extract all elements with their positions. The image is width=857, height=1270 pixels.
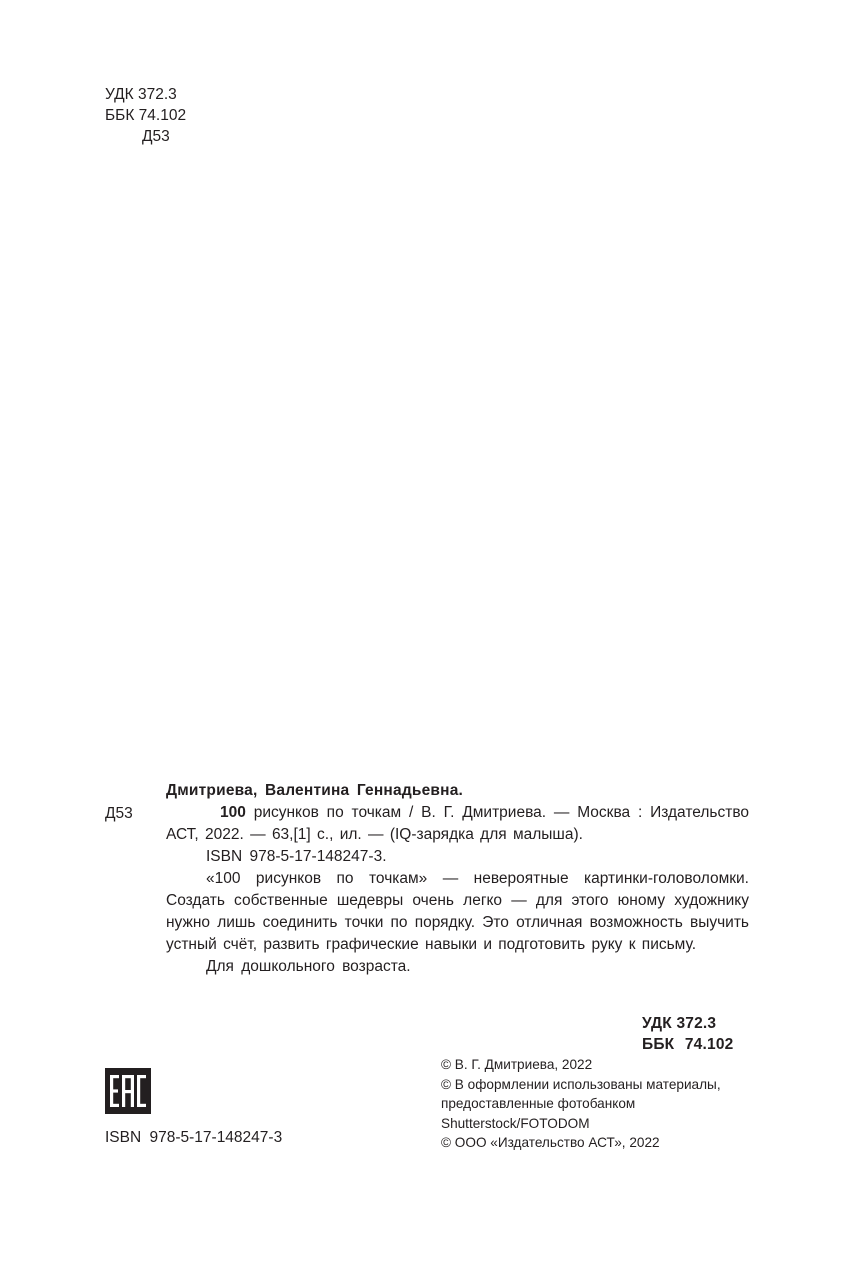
record-cutter-number: Д53 [105,803,133,825]
copyright-publisher: © ООО «Издательство АСТ», 2022 [441,1133,721,1153]
bibliographic-author: Дмитриева, Валентина Геннадьевна. [166,780,749,802]
copyright-materials: © В оформлении использованы материалы, [441,1075,721,1095]
eac-letters-icon [105,1068,151,1114]
record-title: 100 рисунков по точкам / В. Г. Дмитриева… [166,802,749,846]
udk-code: УДК 372.3 [105,84,186,105]
udk-code-bottom: УДК 372.3 [642,1013,733,1034]
copyright-author: © В. Г. Дмитриева, 2022 [441,1055,721,1075]
bottom-classification: УДК 372.3 ББК 74.102 [642,1013,733,1055]
title-description: рисунков по точкам / В. Г. Дмитриева. — … [166,804,749,843]
copyright-block: © В. Г. Дмитриева, 2022 © В оформлении и… [441,1055,721,1153]
cutter-number: Д53 [105,126,186,147]
bbk-code: ББК 74.102 [105,105,186,126]
eac-mark-icon [105,1068,151,1114]
bibliographic-record: 100 рисунков по точкам / В. Г. Дмитриева… [166,802,749,978]
title-number: 100 [220,804,246,821]
copyright-materials-cont: предоставленные фотобанком [441,1094,721,1114]
record-isbn: ISBN 978-5-17-148247-3. [166,846,749,868]
bbk-code-bottom: ББК 74.102 [642,1034,733,1055]
record-annotation: «100 рисунков по точкам» — невероятные к… [166,868,749,956]
record-audience: Для дошкольного возраста. [166,956,749,978]
top-classification: УДК 372.3 ББК 74.102 Д53 [105,84,186,147]
author-name: Дмитриева, Валентина Геннадьевна. [166,780,749,802]
copyright-photobank: Shutterstock/FOTODOM [441,1114,721,1134]
isbn-footer: ISBN 978-5-17-148247-3 [105,1128,282,1148]
